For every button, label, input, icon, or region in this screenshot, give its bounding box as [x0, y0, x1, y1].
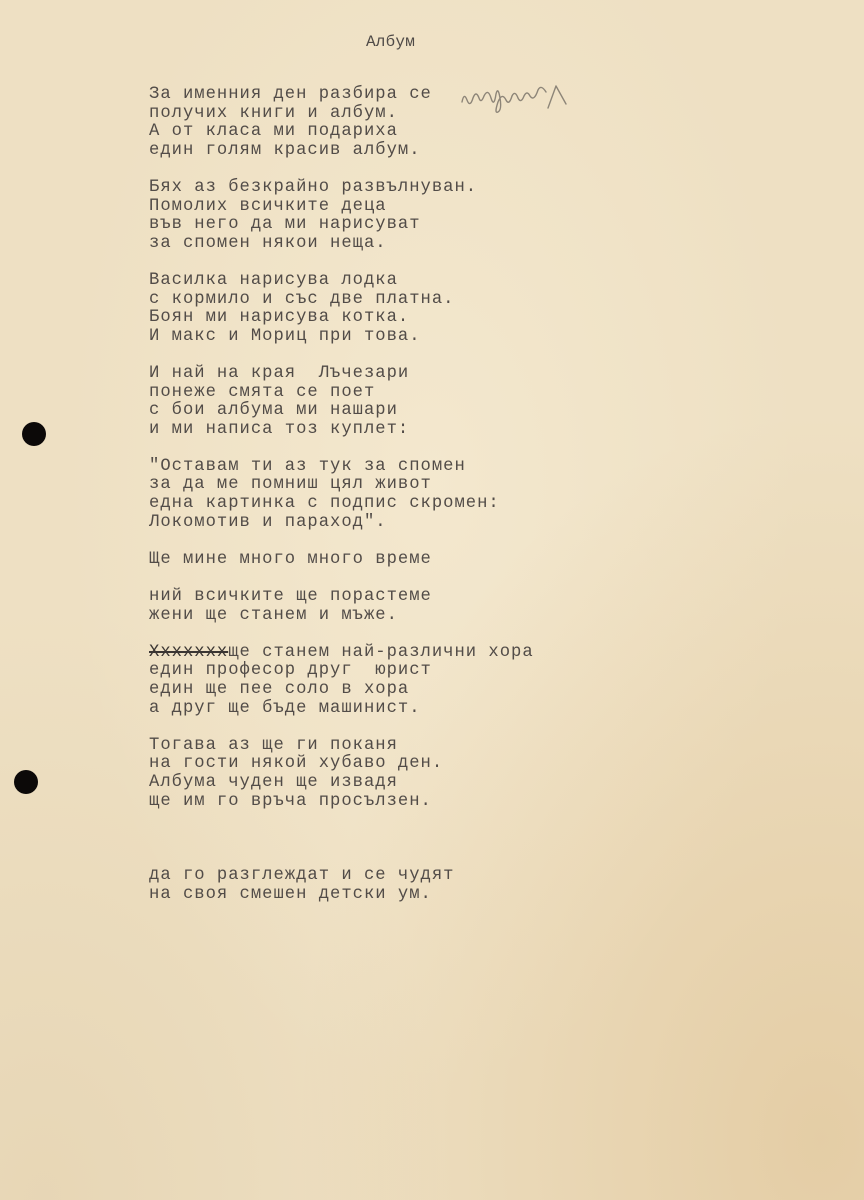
poem-line: Тогава аз ще ги поканя	[149, 737, 534, 756]
stanza-9: Тогава аз ще ги поканяна гости някой хуб…	[149, 737, 534, 811]
stanza-8: Xxxxxxxще станем най-различни хораедин п…	[149, 644, 534, 718]
poem-line: за да ме помниш цял живот	[149, 476, 534, 495]
poem-line: Албума чуден ще извадя	[149, 774, 534, 793]
poem-line: Ще мине много много време	[149, 551, 534, 570]
stanza-5: "Оставам ти аз тук за споменза да ме пом…	[149, 458, 534, 532]
stanza-4: И най на края Лъчезарипонеже смята се по…	[149, 365, 534, 439]
poem-line: на гости някой хубаво ден.	[149, 755, 534, 774]
typewritten-page: Албум получих За именния ден разбира сеп…	[0, 0, 864, 1200]
poem-line: Помолих всичките деца	[149, 198, 534, 217]
poem-line: а друг ще бъде машинист.	[149, 700, 534, 719]
struck-out-word: Xxxxxxx	[149, 644, 228, 663]
poem-line: за спомен някои неща.	[149, 235, 534, 254]
stanza-2: Бях аз безкрайно развълнуван.Помолих вси…	[149, 179, 534, 253]
poem-line: А от класа ми подариха	[149, 123, 534, 142]
poem-body: За именния ден разбира сеполучих книги и…	[149, 86, 534, 923]
poem-line: Василка нарисува лодка	[149, 272, 534, 291]
poem-line: един ще пее соло в хора	[149, 681, 534, 700]
poem-line: И макс и Мориц при това.	[149, 328, 534, 347]
poem-line: Локомотив и параход".	[149, 514, 534, 533]
poem-line: да го разглеждат и се чудят	[149, 867, 534, 886]
poem-line: един голям красив албум.	[149, 142, 534, 161]
poem-line: И най на края Лъчезари	[149, 365, 534, 384]
stanza-3: Василка нарисува лодкас кормило и със дв…	[149, 272, 534, 346]
poem-line: на своя смешен детски ум.	[149, 886, 534, 905]
stanza-6: Ще мине много много време	[149, 551, 534, 570]
poem-line: За именния ден разбира се	[149, 86, 534, 105]
poem-line: понеже смята се поет	[149, 384, 534, 403]
stanza-1: За именния ден разбира сеполучих книги и…	[149, 86, 534, 160]
stanza-7: ний всичките ще порастемежени ще станем …	[149, 588, 534, 625]
poem-line: жени ще станем и мъже.	[149, 607, 534, 626]
poem-line: с кормило и със две платна.	[149, 291, 534, 310]
poem-line: Бях аз безкрайно развълнуван.	[149, 179, 534, 198]
poem-line: с бои албума ми нашари	[149, 402, 534, 421]
poem-line: "Оставам ти аз тук за спомен	[149, 458, 534, 477]
poem-line: един професор друг юрист	[149, 662, 534, 681]
stanza-10: да го разглеждат и се чудятна своя смеше…	[149, 867, 534, 904]
poem-line: получих книги и албум.	[149, 105, 534, 124]
poem-line: Боян ми нарисува котка.	[149, 309, 534, 328]
poem-line-text: ще станем най-различни хора	[228, 643, 533, 662]
punch-hole-upper	[22, 422, 46, 446]
poem-line: във него да ми нарисуват	[149, 216, 534, 235]
punch-hole-lower	[14, 770, 38, 794]
poem-line: една картинка с подпис скромен:	[149, 495, 534, 514]
poem-line: ще им го връча просълзен.	[149, 793, 534, 812]
poem-line: и ми написа тоз куплет:	[149, 421, 534, 440]
poem-line: Xxxxxxxще станем най-различни хора	[149, 644, 534, 663]
poem-line: ний всичките ще порастеме	[149, 588, 534, 607]
poem-title: Албум	[366, 33, 415, 51]
